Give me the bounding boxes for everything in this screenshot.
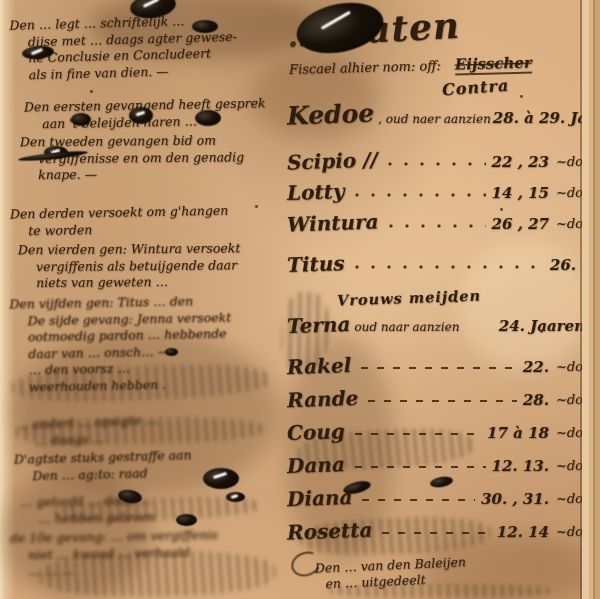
person-age: 12. 13. [492, 457, 549, 475]
ditto-mark: ~do [556, 217, 583, 232]
contra-label: Contra [441, 76, 509, 100]
person-age: 28. [523, 391, 549, 409]
dotted-leader [355, 262, 544, 271]
ink-speck [455, 300, 458, 303]
bleed-through [330, 584, 550, 598]
ditto-mark: ~do [556, 525, 583, 540]
ditto-mark: ~do [556, 426, 583, 441]
women-section-heading: Vrouws meijden [337, 287, 482, 309]
register-row: Rakel 22. ~do [287, 354, 585, 378]
register-row: Titus 26. [287, 252, 585, 276]
person-name: Scipio // [287, 147, 379, 174]
ink-speck [255, 205, 258, 208]
person-name: Wintura [287, 209, 379, 236]
ink-speck [90, 90, 93, 93]
age-note: , oud naer aanzien [378, 112, 491, 126]
handwritten-line: knape. — [38, 165, 302, 184]
register-row: Scipio // 22 , 23 ~do [287, 149, 585, 173]
plaintiff-label: Eijsscher [455, 54, 532, 76]
register-row: Lotty 14 , 15 ~do [287, 180, 585, 204]
ink-blot [129, 107, 153, 124]
ditto-mark: ~do [556, 186, 583, 201]
document-subtitle: Fiscael alhier nom: off:Eijsscher [289, 52, 587, 78]
subtitle-text: Fiscael alhier nom: off: [289, 59, 441, 78]
ink-blot [192, 20, 218, 33]
left-paragraph-1: Den … legt … schriftelijk …dijse met … d… [9, 10, 293, 83]
age-note: oud naar aanzien [354, 320, 459, 334]
ink-speck [520, 95, 523, 98]
manuscript-page: Den … legt … schriftelijk …dijse met … d… [0, 0, 600, 599]
person-age: 14 , 15 [492, 184, 549, 202]
handwritten-line: niets van geweten … [36, 273, 300, 292]
person-name: Rande [287, 386, 359, 412]
left-paragraph-4: Den derden versoekt om g'hangente worden [10, 202, 293, 240]
person-age: 12. 14 [497, 523, 549, 541]
register-row: Wintura 26 , 27 ~do [287, 211, 585, 235]
ditto-mark: ~do [556, 155, 583, 170]
person-age: 22 , 23 [492, 153, 549, 171]
ink-blot [195, 110, 221, 126]
dotted-leader [388, 159, 486, 168]
ink-speck [540, 330, 543, 333]
register-row-first-woman: Terna oud naar aanzien 24. Jaaren [287, 313, 585, 337]
person-age: 30. , 31. [481, 490, 549, 508]
left-paragraph-5: Den vierden gen: Wintura versoektvergiff… [18, 240, 300, 292]
dotted-leader [389, 221, 486, 230]
person-age: 26. [550, 256, 576, 274]
person-name: Lotty [287, 179, 345, 205]
page-crease [593, 0, 595, 599]
ink-blot [71, 113, 91, 126]
dashed-leader [361, 367, 517, 369]
ink-blot [203, 468, 239, 489]
ditto-mark: ~do [556, 492, 583, 507]
right-register-column: … Maten Fiscael alhier nom: off:Eijssche… [287, 0, 585, 599]
dotted-leader [355, 190, 486, 199]
person-name: Kedoe [287, 98, 375, 130]
page-fold-edge [580, 0, 600, 599]
ink-blot [165, 348, 178, 356]
register-row: Diana 30. , 31. ~do [287, 486, 585, 510]
ditto-mark: ~do [556, 459, 583, 474]
ink-speck [500, 208, 503, 211]
register-row-first-man: Kedoe , oud naer aanzien 28. à 29. Jaar [287, 100, 585, 129]
ditto-mark: ~do [556, 393, 583, 408]
left-paragraph-8: D'agtste stuks gestraffe aanDen … ag:to:… [14, 444, 297, 484]
dashed-leader [368, 400, 517, 402]
person-age: 22. [523, 358, 549, 376]
dashed-leader [362, 499, 475, 501]
left-paragraph-2: Den eersten gevangend heeft gesprekaan '… [24, 95, 307, 133]
men-register-list: Scipio // 22 , 23 ~do Lotty 14 , 15 ~do … [287, 142, 585, 276]
ditto-mark: ~do [556, 360, 583, 375]
person-age: 26 , 27 [492, 215, 549, 233]
person-name: Titus [287, 251, 345, 277]
person-age: 17 à 18 [487, 424, 549, 442]
register-row: Rande 28. ~do [287, 387, 585, 411]
